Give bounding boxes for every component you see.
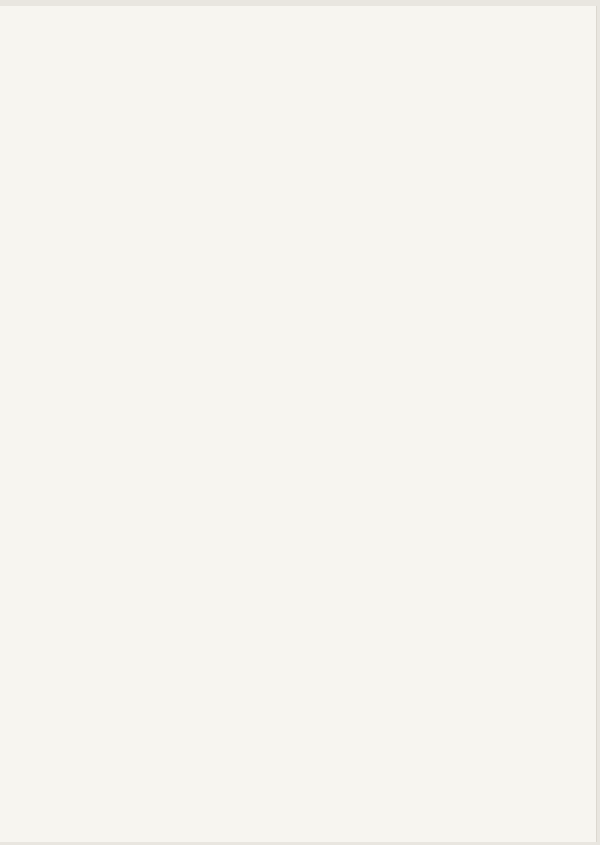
document-page [0,6,597,842]
